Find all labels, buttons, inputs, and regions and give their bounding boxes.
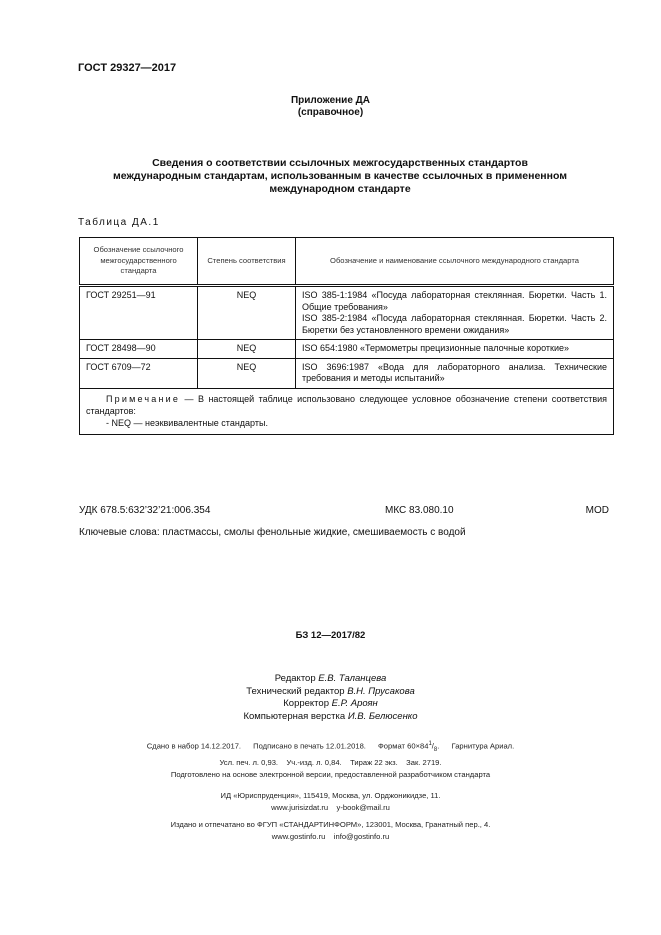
- keywords: Ключевые слова: пластмассы, смолы феноль…: [79, 527, 466, 538]
- credit-role: Редактор: [275, 673, 316, 684]
- publisher-line: www.gostinfo.ru info@gostinfo.ru: [0, 831, 661, 843]
- credit-line: Редактор Е.В. Таланцева: [0, 673, 661, 686]
- udk-code: УДК 678.5:632’32’21:006.354: [79, 505, 210, 516]
- intl-standard-entry: ISO 385-2:1984 «Посуда лабораторная стек…: [302, 313, 607, 336]
- credit-line: Технический редактор В.Н. Прусакова: [0, 686, 661, 699]
- table-note: Примечание — В настоящей таблице использ…: [80, 388, 614, 434]
- submitted-date: Сдано в набор 14.12.2017.: [147, 742, 241, 751]
- mks-code: МКС 83.080.10: [385, 505, 454, 516]
- format-numerator: 1: [428, 741, 431, 747]
- publisher-line: www.jurisizdat.ru y-book@mail.ru: [0, 802, 661, 814]
- format: Формат 60×84: [378, 742, 428, 751]
- standards-table: Обозначение ссылочного межгосударственно…: [79, 237, 614, 435]
- annex-title: Приложение ДА: [0, 95, 661, 107]
- credit-line: Компьютерная верстка И.В. Белюсенко: [0, 711, 661, 724]
- document-code: ГОСТ 29327—2017: [78, 62, 176, 74]
- credit-line: Корректор Е.Р. Ароян: [0, 698, 661, 711]
- note-text-block: Примечание — В настоящей таблице использ…: [86, 393, 607, 417]
- annex-subtitle: (справочное): [0, 107, 661, 119]
- bz-number: БЗ 12—2017/82: [0, 630, 661, 641]
- typeface: Гарнитура Ариал.: [452, 742, 515, 751]
- cell-degree: NEQ: [198, 286, 296, 340]
- cell-standard: ГОСТ 28498—90: [80, 340, 198, 359]
- publisher-info: ИД «Юриспруденция», 115419, Москва, ул. …: [0, 790, 661, 842]
- credit-name: И.В. Белюсенко: [348, 711, 418, 722]
- table-row: ГОСТ 28498—90 NEQ ISO 654:1980 «Термомет…: [80, 340, 614, 359]
- heading-line: международным стандартам, использованным…: [90, 170, 590, 183]
- section-heading: Сведения о соответствии ссылочных межгос…: [90, 157, 590, 196]
- cell-international: ISO 3696:1987 «Вода для лабораторного ан…: [296, 358, 614, 388]
- cell-international: ISO 385-1:1984 «Посуда лабораторная стек…: [296, 286, 614, 340]
- print-line: Сдано в набор 14.12.2017. Подписано в пе…: [0, 738, 661, 757]
- column-header-interstate-standard: Обозначение ссылочного межгосударственно…: [80, 238, 198, 286]
- credit-role: Технический редактор: [246, 686, 344, 697]
- publisher-line: Издано и отпечатано во ФГУП «СТАНДАРТИНФ…: [0, 819, 661, 831]
- heading-line: международном стандарте: [90, 183, 590, 196]
- cell-international: ISO 654:1980 «Термометры прецизионные па…: [296, 340, 614, 359]
- heading-line: Сведения о соответствии ссылочных межгос…: [90, 157, 590, 170]
- intl-standard-entry: ISO 385-1:1984 «Посуда лабораторная стек…: [302, 290, 607, 313]
- column-header-international-standard: Обозначение и наименование ссылочного ме…: [296, 238, 614, 286]
- table-row: ГОСТ 6709—72 NEQ ISO 3696:1987 «Вода для…: [80, 358, 614, 388]
- credit-role: Компьютерная верстка: [243, 711, 345, 722]
- cell-standard: ГОСТ 29251—91: [80, 286, 198, 340]
- cell-degree: NEQ: [198, 358, 296, 388]
- note-item: - NEQ — неэквивалентные стандарты.: [86, 417, 607, 429]
- format-denominator: 8: [434, 747, 437, 753]
- credit-name: Е.В. Таланцева: [318, 673, 386, 684]
- mod-label: MOD: [586, 505, 609, 516]
- credits: Редактор Е.В. Таланцева Технический реда…: [0, 673, 661, 723]
- intl-standard-entry: ISO 3696:1987 «Вода для лабораторного ан…: [302, 362, 607, 385]
- credit-role: Корректор: [283, 698, 329, 709]
- intl-standard-entry: ISO 654:1980 «Термометры прецизионные па…: [302, 343, 607, 355]
- table-header-row: Обозначение ссылочного межгосударственно…: [80, 238, 614, 286]
- publisher-line: ИД «Юриспруденция», 115419, Москва, ул. …: [0, 790, 661, 802]
- credit-name: В.Н. Прусакова: [347, 686, 415, 697]
- note-title: Примечание: [86, 394, 180, 404]
- print-info: Сдано в набор 14.12.2017. Подписано в пе…: [0, 738, 661, 782]
- cell-standard: ГОСТ 6709—72: [80, 358, 198, 388]
- table-label: Таблица ДА.1: [78, 217, 160, 228]
- print-line: Подготовлено на основе электронной верси…: [0, 769, 661, 782]
- cell-degree: NEQ: [198, 340, 296, 359]
- table-note-row: Примечание — В настоящей таблице использ…: [80, 388, 614, 434]
- credit-name: Е.Р. Ароян: [332, 698, 378, 709]
- table-row: ГОСТ 29251—91 NEQ ISO 385-1:1984 «Посуда…: [80, 286, 614, 340]
- signed-date: Подписано в печать 12.01.2018.: [253, 742, 366, 751]
- print-line: Усл. печ. л. 0,93. Уч.-изд. л. 0,84. Тир…: [0, 757, 661, 770]
- column-header-degree: Степень соответствия: [198, 238, 296, 286]
